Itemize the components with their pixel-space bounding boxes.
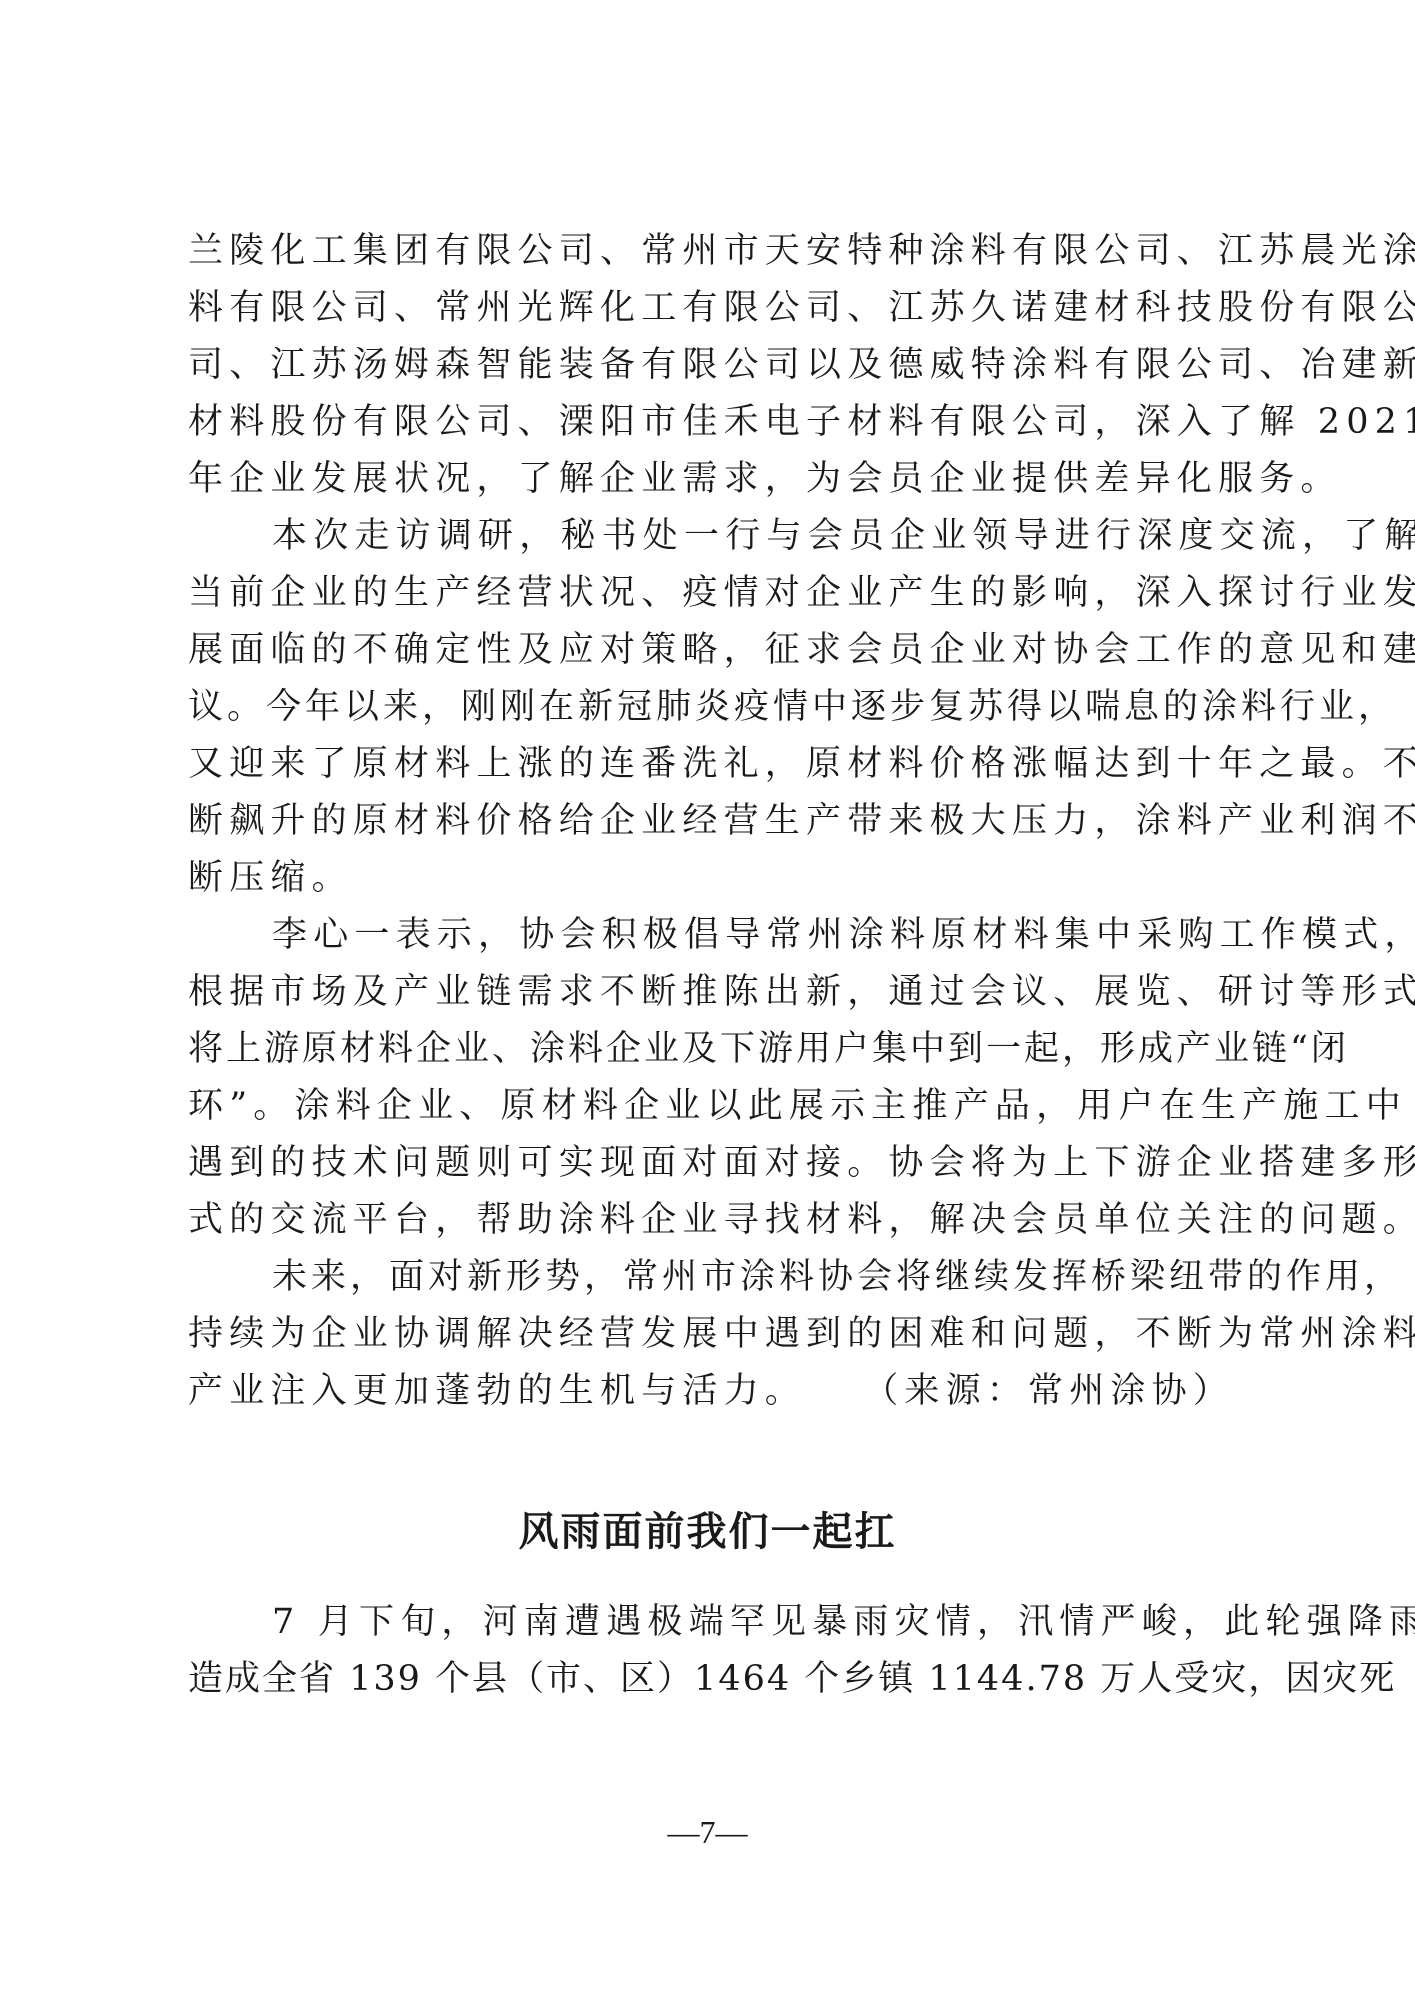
text-line: 根据市场及产业链需求不断推陈出新，通过会议、展览、研讨等形式 bbox=[188, 969, 1234, 1015]
text-line: 当前企业的生产经营状况、疫情对企业产生的影响，深入探讨行业发 bbox=[188, 570, 1234, 616]
text-line: 司、江苏汤姆森智能装备有限公司以及德威特涂料有限公司、冶建新 bbox=[188, 342, 1234, 388]
text-line: 遇到的技术问题则可实现面对面对接。协会将为上下游企业搭建多形 bbox=[188, 1140, 1234, 1186]
text-line-with-source: 产业注入更加蓬勃的生机与活力。 （来源：常州涂协） bbox=[188, 1368, 1234, 1414]
text-line: 断压缩。 bbox=[188, 855, 1234, 901]
text-line: 本次走访调研，秘书处一行与会员企业领导进行深度交流，了解 bbox=[188, 513, 1234, 559]
text-line: 将上游原材料企业、涂料企业及下游用户集中到一起，形成产业链“闭 bbox=[188, 1026, 1234, 1072]
document-page: 兰陵化工集团有限公司、常州市天安特种涂料有限公司、江苏晨光涂 料有限公司、常州光… bbox=[0, 0, 1415, 2000]
text-line: 议。今年以来，刚刚在新冠肺炎疫情中逐步复苏得以喘息的涂料行业， bbox=[188, 684, 1234, 730]
section-title: 风雨面前我们一起扛 bbox=[0, 1506, 1415, 1558]
text-line: 环”。涂料企业、原材料企业以此展示主推产品，用户在生产施工中 bbox=[188, 1083, 1234, 1129]
text-line: 兰陵化工集团有限公司、常州市天安特种涂料有限公司、江苏晨光涂 bbox=[188, 228, 1234, 274]
text-line: 料有限公司、常州光辉化工有限公司、江苏久诺建材科技股份有限公 bbox=[188, 285, 1234, 331]
text-line: 式的交流平台，帮助涂料企业寻找材料，解决会员单位关注的问题。 bbox=[188, 1197, 1234, 1243]
page-number: —7— bbox=[0, 1812, 1415, 1852]
text-line: 年企业发展状况，了解企业需求，为会员企业提供差异化服务。 bbox=[188, 456, 1234, 502]
text-line: 李心一表示，协会积极倡导常州涂料原材料集中采购工作模式， bbox=[188, 912, 1234, 958]
text-line: 展面临的不确定性及应对策略，征求会员企业对协会工作的意见和建 bbox=[188, 627, 1234, 673]
text-line: 又迎来了原材料上涨的连番洗礼，原材料价格涨幅达到十年之最。不 bbox=[188, 741, 1234, 787]
text-line: 造成全省 139 个县（市、区）1464 个乡镇 1144.78 万人受灾，因灾… bbox=[188, 1656, 1234, 1702]
text-line: 未来，面对新形势，常州市涂料协会将继续发挥桥梁纽带的作用， bbox=[188, 1254, 1234, 1300]
text-line: 持续为企业协调解决经营发展中遇到的困难和问题，不断为常州涂料 bbox=[188, 1311, 1234, 1357]
text-line: 7 月下旬，河南遭遇极端罕见暴雨灾情，汛情严峻，此轮强降雨 bbox=[188, 1599, 1234, 1645]
text-segment: 产业注入更加蓬勃的生机与活力。 bbox=[188, 1368, 806, 1414]
text-line: 断飙升的原材料价格给企业经营生产带来极大压力，涂料产业利润不 bbox=[188, 798, 1234, 844]
text-line: 材料股份有限公司、溧阳市佳禾电子材料有限公司，深入了解 2021 bbox=[188, 399, 1234, 445]
source-attribution: （来源：常州涂协） bbox=[863, 1368, 1234, 1414]
